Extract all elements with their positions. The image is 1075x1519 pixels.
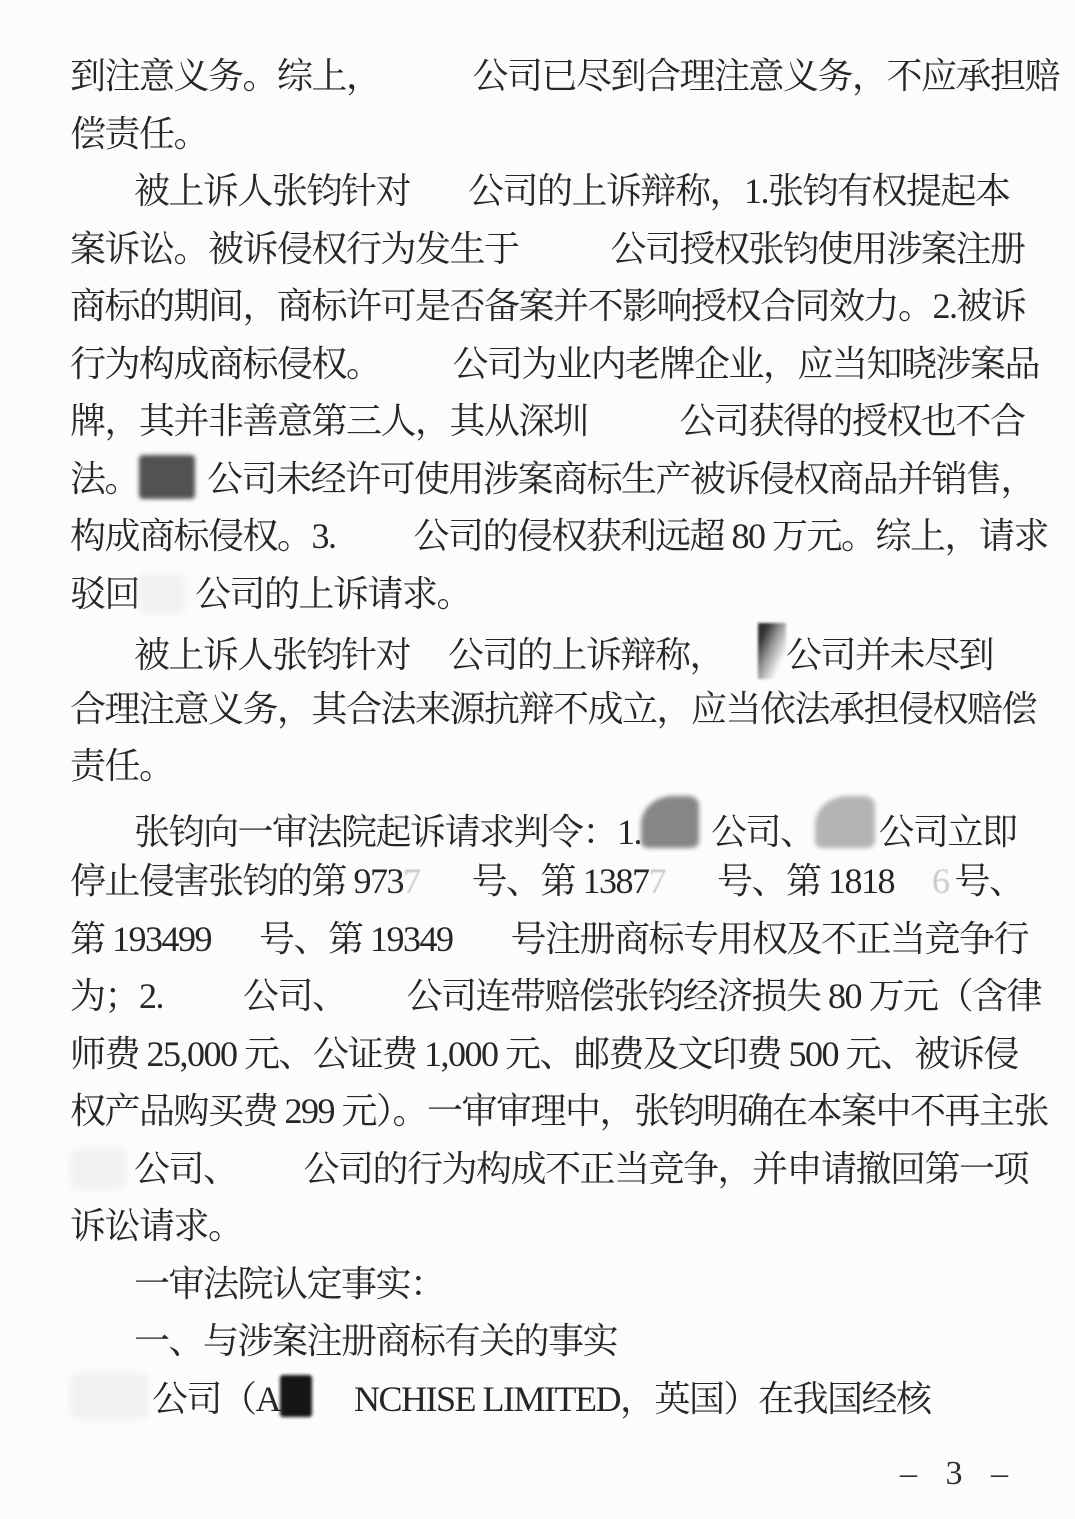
text-line: 诉讼请求。 xyxy=(70,1198,1030,1256)
text-segment: 公司连带赔偿张钧经济损失 80 万元（含律 xyxy=(407,976,1042,1016)
text-line: 师费 25,000 元、公证费 1,000 元、邮费及文印费 500 元、被诉侵 xyxy=(70,1026,1030,1084)
document-page: 到注意义务。综上，公司已尽到合理注意义务，不应承担赔偿责任。被上诉人张钧针对公司… xyxy=(0,0,1075,1519)
redacted-blank xyxy=(185,596,195,606)
text-segment: 公司的上诉请求。 xyxy=(195,574,471,614)
redacted-blank xyxy=(347,998,407,1008)
text-segment: 诉讼请求。 xyxy=(70,1206,243,1246)
text-segment: 号、 xyxy=(955,861,1024,901)
text-segment: 一、与涉案注册商标有关的事实 xyxy=(134,1321,617,1361)
text-segment: 公司的上诉辩称，1.张钧有权提起本 xyxy=(468,171,1010,211)
redacted-blank xyxy=(420,883,472,893)
text-segment: 公司未经许可使用涉案商标生产被诉侵权商品并销售， xyxy=(207,459,1035,499)
redacted-blank xyxy=(336,538,414,548)
text-segment: 一审法院认定事实： xyxy=(134,1264,445,1304)
page-number: – 3 – xyxy=(900,1455,1018,1493)
redacted-blank xyxy=(381,78,473,88)
text-line: 被上诉人张钧针对公司的上诉辩称，公司并未尽到 xyxy=(70,623,1030,681)
text-segment: 公司、 xyxy=(243,976,347,1016)
text-segment: 张钧向一审法院起诉请求判令：1. xyxy=(134,812,641,852)
text-segment: 公司获得的授权也不合 xyxy=(680,401,1025,441)
text-segment: 师费 25,000 元、公证费 1,000 元、邮费及文印费 500 元、被诉侵 xyxy=(70,1034,1018,1074)
text-line: 公司（ANCHISE LIMITED，英国）在我国经核 xyxy=(70,1371,1030,1429)
redacted-blank xyxy=(699,834,711,844)
text-segment: 行为构成商标侵权。 xyxy=(70,344,381,384)
text-segment: 合理注意义务，其合法来源抗辩不成立，应当依法承担侵权赔偿 xyxy=(70,689,1036,729)
text-segment: 号注册商标专用权及不正当竞争行 xyxy=(511,919,1029,959)
text-line: 为；2.公司、公司连带赔偿张钧经济损失 80 万元（含律 xyxy=(70,968,1030,1026)
text-segment: 牌，其并非善意第三人，其从深圳 xyxy=(70,401,588,441)
redacted-blank xyxy=(70,1343,134,1353)
redacted-blank xyxy=(724,657,758,667)
redacted-blank xyxy=(410,193,468,203)
redacted-blank xyxy=(381,366,453,376)
text-segment: 权产品购买费 299 元）。一审审理中，张钧明确在本案中不再主张 xyxy=(70,1091,1048,1131)
redaction-box-light xyxy=(815,796,875,848)
text-line: 到注意义务。综上，公司已尽到合理注意义务，不应承担赔 xyxy=(70,48,1030,106)
text-segment: 停止侵害张钧的第 973 xyxy=(70,861,403,901)
text-segment: 责任。 xyxy=(70,746,174,786)
redacted-blank xyxy=(312,1401,354,1411)
redacted-blank xyxy=(163,998,243,1008)
text-line: 牌，其并非善意第三人，其从深圳公司获得的授权也不合 xyxy=(70,393,1030,451)
redacted-blank xyxy=(410,657,448,667)
redaction-box-black xyxy=(280,1375,312,1417)
text-segment: 公司为业内老牌企业，应当知晓涉案品 xyxy=(453,344,1040,384)
text-segment: 公司、 xyxy=(134,1149,238,1189)
redacted-blank xyxy=(588,423,680,433)
text-line: 第 193499号、第 19349号注册商标专用权及不正当竞争行 xyxy=(70,911,1030,969)
text-segment: 第 193499 xyxy=(70,919,211,959)
text-line: 被上诉人张钧针对公司的上诉辩称，1.张钧有权提起本 xyxy=(70,163,1030,221)
text-line: 合理注意义务，其合法来源抗辩不成立，应当依法承担侵权赔偿 xyxy=(70,681,1030,739)
text-segment: 商标的期间，商标许可是否备案并不影响授权合同效力。2.被诉 xyxy=(70,286,1026,326)
text-line: 构成商标侵权。3.公司的侵权获利远超 80 万元。综上，请求 xyxy=(70,508,1030,566)
redaction-box-ghost xyxy=(139,574,185,614)
text-segment: 号、第 1387 xyxy=(472,861,649,901)
text-line: 法。公司未经许可使用涉案商标生产被诉侵权商品并销售， xyxy=(70,451,1030,509)
redaction-box-ghost xyxy=(70,1373,148,1419)
text-segment: 构成商标侵权。3. xyxy=(70,516,336,556)
redaction-box-ghost xyxy=(70,1149,126,1189)
text-line: 一、与涉案注册商标有关的事实 xyxy=(70,1313,1030,1371)
text-segment: 法。 xyxy=(70,459,139,499)
text-segment: 公司授权张钧使用涉案注册 xyxy=(611,229,1025,269)
text-line: 张钧向一审法院起诉请求判令：1.公司、公司立即 xyxy=(70,796,1030,854)
text-line: 商标的期间，商标许可是否备案并不影响授权合同效力。2.被诉 xyxy=(70,278,1030,336)
redacted-blank xyxy=(238,1171,304,1181)
text-segment: 公司（A xyxy=(152,1379,280,1419)
faint-ghost-digit: 7 xyxy=(649,861,666,901)
faint-ghost-digit: 7 xyxy=(403,861,420,901)
text-line: 权产品购买费 299 元）。一审审理中，张钧明确在本案中不再主张 xyxy=(70,1083,1030,1141)
text-segment: 到注意义务。综上， xyxy=(70,56,381,96)
text-line: 公司、公司的行为构成不正当竞争，并申请撤回第一项 xyxy=(70,1141,1030,1199)
text-line: 案诉讼。被诉侵权行为发生于公司授权张钧使用涉案注册 xyxy=(70,221,1030,279)
redaction-box-fade xyxy=(758,623,786,679)
text-segment: 号、第 1818 xyxy=(717,861,894,901)
text-segment: 驳回 xyxy=(70,574,139,614)
redacted-blank xyxy=(665,883,717,893)
redaction-box-dark xyxy=(139,455,195,499)
redacted-blank xyxy=(70,834,134,844)
text-line: 停止侵害张钧的第 9737号、第 13877号、第 18186号、 xyxy=(70,853,1030,911)
text-line: 驳回公司的上诉请求。 xyxy=(70,566,1030,624)
text-line: 责任。 xyxy=(70,738,1030,796)
redaction-box-dark2 xyxy=(641,796,699,848)
text-segment: 号、第 19349 xyxy=(259,919,453,959)
text-segment: 被上诉人张钧针对 xyxy=(134,635,410,675)
text-segment: 公司并未尽到 xyxy=(786,635,993,675)
redacted-blank xyxy=(126,1171,134,1181)
text-line: 行为构成商标侵权。公司为业内老牌企业，应当知晓涉案品 xyxy=(70,336,1030,394)
redacted-blank xyxy=(70,193,134,203)
text-segment: 公司立即 xyxy=(879,812,1017,852)
text-segment: 公司的上诉辩称， xyxy=(448,635,724,675)
text-segment: 公司、 xyxy=(711,812,815,852)
redacted-blank xyxy=(894,883,932,893)
redacted-blank xyxy=(195,481,207,491)
text-segment: 被上诉人张钧针对 xyxy=(134,171,410,211)
text-segment: 公司已尽到合理注意义务，不应承担赔 xyxy=(473,56,1060,96)
redacted-blank xyxy=(453,941,511,951)
text-segment: 公司的侵权获利远超 80 万元。综上，请求 xyxy=(414,516,1049,556)
redacted-blank xyxy=(70,657,134,667)
text-segment: NCHISE LIMITED，英国）在我国经核 xyxy=(354,1379,930,1419)
text-segment: 案诉讼。被诉侵权行为发生于 xyxy=(70,229,519,269)
text-line: 一审法院认定事实： xyxy=(70,1256,1030,1314)
faint-ghost-digit: 6 xyxy=(932,861,949,901)
redacted-blank xyxy=(519,251,611,261)
redacted-blank xyxy=(70,1286,134,1296)
redacted-blank xyxy=(211,941,259,951)
text-line: 偿责任。 xyxy=(70,106,1030,164)
text-segment: 公司的行为构成不正当竞争，并申请撤回第一项 xyxy=(304,1149,1029,1189)
text-segment: 偿责任。 xyxy=(70,114,208,154)
text-segment: 为；2. xyxy=(70,976,163,1016)
document-body: 到注意义务。综上，公司已尽到合理注意义务，不应承担赔偿责任。被上诉人张钧针对公司… xyxy=(70,48,1030,1428)
